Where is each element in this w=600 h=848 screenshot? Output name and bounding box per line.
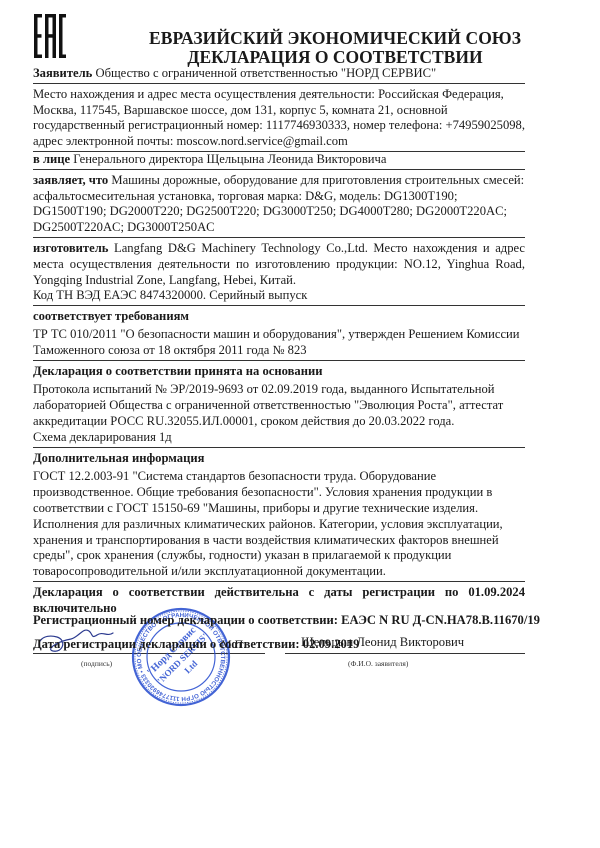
- name-line: [285, 653, 525, 654]
- registration-number-label: Регистрационный номер декларации о соотв…: [33, 613, 338, 627]
- validity-word: соответствии: [129, 585, 205, 601]
- registration-date-label: Дата регистрации декларации о соответств…: [33, 637, 300, 651]
- basis-row: Протокола испытаний № ЭР/2019-9693 от 02…: [33, 382, 525, 429]
- scheme-value: Схема декларирования 1д: [33, 430, 172, 444]
- address-row: Место нахождения и адрес места осуществл…: [33, 87, 525, 152]
- requirements-row: ТР ТС 010/2011 "О безопасности машин и о…: [33, 327, 525, 361]
- applicant-label: Заявитель: [33, 66, 92, 80]
- signature-caption: (подпись): [81, 656, 112, 672]
- applicant-value: Общество с ограниченной ответственностью…: [95, 66, 436, 80]
- declares-row: заявляет, что Машины дорожные, оборудова…: [33, 173, 525, 238]
- additional-value: ГОСТ 12.2.003-91 "Система стандартов без…: [33, 469, 503, 578]
- basis-label-row: Декларация о соответствии принята на осн…: [33, 364, 525, 380]
- registration-number-value: ЕАЭС N RU Д-CN.НА78.В.11670/19: [341, 613, 540, 627]
- validity-word: действительна: [215, 585, 299, 601]
- validity-word: Декларация: [33, 585, 103, 601]
- validity-word: о: [113, 585, 119, 601]
- requirements-value: ТР ТС 010/2011 "О безопасности машин и о…: [33, 327, 520, 357]
- manufacturer-row: изготовитель Langfang D&G Machinery Tech…: [33, 241, 525, 288]
- fio-caption: (Ф.И.О. заявителя): [348, 656, 408, 672]
- registration-date-line: Дата регистрации декларации о соответств…: [33, 637, 359, 652]
- hs-code: Код ТН ВЭД ЕАЭС 8474320000. Серийный вып…: [33, 288, 307, 302]
- basis-label: Декларация о соответствии принята на осн…: [33, 364, 322, 378]
- represented-by-value: Генерального директора Щельцына Леонида …: [73, 152, 386, 166]
- additional-label-row: Дополнительная информация: [33, 451, 525, 467]
- validity-word: по: [445, 585, 459, 601]
- registration-date-value: 02.09.2019: [303, 637, 360, 651]
- validity-word: даты: [324, 585, 352, 601]
- registration-number-line: Регистрационный номер декларации о соотв…: [33, 613, 540, 628]
- validity-line: Декларация о соответствии действительна …: [33, 585, 525, 601]
- additional-row: ГОСТ 12.2.003-91 "Система стандартов без…: [33, 469, 525, 582]
- requirements-label: соответствует требованиям: [33, 309, 189, 323]
- document-title: ДЕКЛАРАЦИЯ О СООТВЕТСТВИИ: [0, 47, 600, 68]
- union-title: ЕВРАЗИЙСКИЙ ЭКОНОМИЧЕСКИЙ СОЮЗ: [0, 28, 600, 49]
- additional-label: Дополнительная информация: [33, 451, 204, 465]
- declaration-body: Заявитель Общество с ограниченной ответс…: [33, 66, 525, 675]
- basis-value: Протокола испытаний № ЭР/2019-9693 от 02…: [33, 382, 503, 428]
- scheme-row: Схема декларирования 1д: [33, 430, 525, 448]
- declaration-page: ЕВРАЗИЙСКИЙ ЭКОНОМИЧЕСКИЙ СОЮЗ ДЕКЛАРАЦИ…: [0, 0, 600, 848]
- validity-word: регистрации: [362, 585, 435, 601]
- address-text: Место нахождения и адрес места осуществл…: [33, 87, 525, 148]
- validity-end-date: 01.09.2024: [468, 585, 525, 601]
- declares-label: заявляет, что: [33, 173, 108, 187]
- applicant-row: Заявитель Общество с ограниченной ответс…: [33, 66, 525, 84]
- represented-by-label: в лице: [33, 152, 70, 166]
- manufacturer-label: изготовитель: [33, 241, 108, 255]
- represented-by-row: в лице Генерального директора Щельцына Л…: [33, 152, 525, 170]
- validity-word: с: [309, 585, 315, 601]
- hs-code-row: Код ТН ВЭД ЕАЭС 8474320000. Серийный вып…: [33, 288, 525, 306]
- requirements-label-row: соответствует требованиям: [33, 309, 525, 325]
